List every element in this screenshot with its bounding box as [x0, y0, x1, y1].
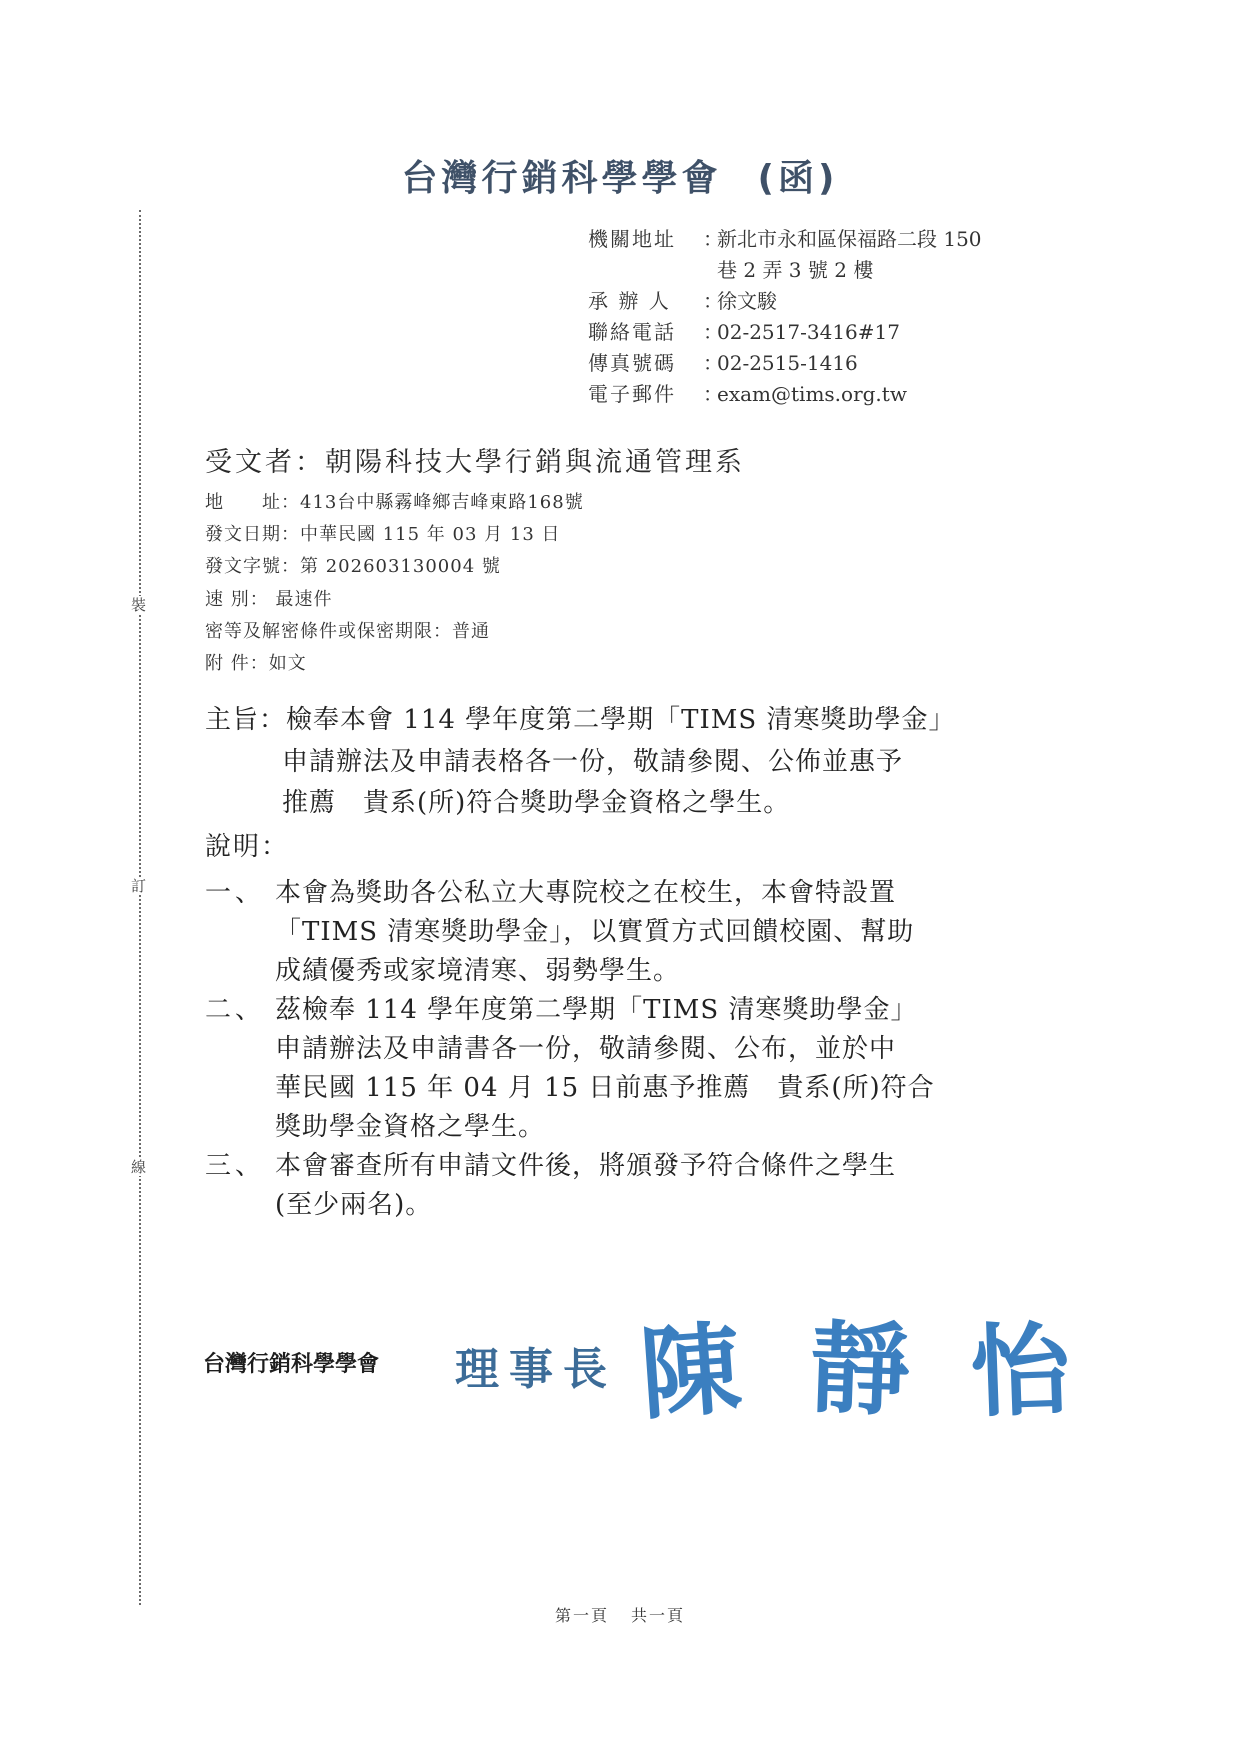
item-line: 茲檢奉 114 學年度第二學期「TIMS 清寒獎助學金」	[275, 991, 1055, 1030]
meta-address: 地 址：413台中縣霧峰鄉吉峰東路168號	[205, 487, 584, 519]
handler-label: 承 辦 人	[588, 286, 703, 317]
meta-date: 發文日期：中華民國 115 年 03 月 13 日	[205, 519, 584, 551]
item-line: (至少兩名)。	[275, 1186, 1055, 1225]
meta-confidentiality: 密等及解密條件或保密期限：普通	[205, 616, 584, 648]
separator: ：	[703, 286, 717, 317]
contact-handler-row: 承 辦 人 ： 徐文駿	[588, 286, 982, 317]
explanation-item-2: 二、 茲檢奉 114 學年度第二學期「TIMS 清寒獎助學金」 申請辦法及申請書…	[205, 991, 1055, 1147]
page-footer: 第一頁共一頁	[0, 1603, 1240, 1626]
address-label: 機關地址	[588, 224, 703, 255]
signature-char: 怡	[968, 1288, 1113, 1437]
letter-header: 台灣行銷科學學會(函)	[0, 150, 1240, 201]
binding-dotted-line	[139, 210, 141, 1605]
subject-text-1: 檢奉本會 114 學年度第二學期「TIMS 清寒獎助學金」	[286, 705, 955, 735]
meta-speed: 速 別： 最速件	[205, 584, 584, 616]
subject-line-1: 主旨：檢奉本會 114 學年度第二學期「TIMS 清寒獎助學金」	[205, 700, 955, 742]
item-line: 本會為獎助各公私立大專院校之在校生，本會特設置	[275, 874, 1055, 913]
binding-label-zhuang: 裝	[131, 596, 146, 614]
sender-contact-block: 機關地址 ： 新北市永和區保福路二段 150 巷 2 弄 3 號 2 樓 承 辦…	[588, 224, 982, 410]
binding-label-ding: 訂	[131, 877, 146, 895]
item-line: 「TIMS 清寒獎助學金」，以實質方式回饋校園、幫助	[275, 913, 1055, 952]
item-number: 一、	[205, 874, 275, 991]
recipient-line: 受文者：朝陽科技大學行銷與流通管理系	[205, 440, 745, 479]
separator: ：	[703, 224, 717, 255]
item-body: 茲檢奉 114 學年度第二學期「TIMS 清寒獎助學金」 申請辦法及申請書各一份…	[275, 991, 1055, 1147]
separator: ：	[703, 379, 717, 410]
contact-email-row: 電子郵件 ： exam@tims.org.tw	[588, 379, 982, 410]
fax-label: 傳真號碼	[588, 348, 703, 379]
item-line: 本會審查所有申請文件後，將頒發予符合條件之學生	[275, 1147, 1055, 1186]
explanation-item-1: 一、 本會為獎助各公私立大專院校之在校生，本會特設置 「TIMS 清寒獎助學金」…	[205, 874, 1055, 991]
doc-type: (函)	[758, 158, 839, 199]
explanation-heading: 說明：	[205, 826, 289, 863]
fax-value: 02-2515-1416	[717, 348, 858, 379]
item-number: 二、	[205, 991, 275, 1147]
email-label: 電子郵件	[588, 379, 703, 410]
item-line: 成績優秀或家境清寒、弱勢學生。	[275, 952, 1055, 991]
subject-line-3: 推薦 貴系(所)符合獎助學金資格之學生。	[205, 783, 955, 825]
item-line: 獎助學金資格之學生。	[275, 1108, 1055, 1147]
signature-org: 台灣行銷科學學會	[203, 1347, 379, 1378]
explanation-list: 一、 本會為獎助各公私立大專院校之在校生，本會特設置 「TIMS 清寒獎助學金」…	[205, 874, 1055, 1225]
recipient-label: 受文者：	[205, 447, 325, 478]
binding-label-xian: 線	[131, 1158, 146, 1176]
item-line: 申請辦法及申請書各一份，敬請參閱、公布，並於中	[275, 1030, 1055, 1069]
item-body: 本會為獎助各公私立大專院校之在校生，本會特設置 「TIMS 清寒獎助學金」，以實…	[275, 874, 1055, 991]
page-number: 第一頁	[555, 1606, 609, 1625]
item-body: 本會審查所有申請文件後，將頒發予符合條件之學生 (至少兩名)。	[275, 1147, 1055, 1225]
address-line-1: 新北市永和區保福路二段 150	[717, 224, 982, 255]
contact-fax-row: 傳真號碼 ： 02-2515-1416	[588, 348, 982, 379]
item-number: 三、	[205, 1147, 275, 1225]
signature-name-stamp: 陳靜怡	[640, 1290, 1110, 1434]
item-line: 華民國 115 年 04 月 15 日前惠予推薦 貴系(所)符合	[275, 1069, 1055, 1108]
phone-value: 02-2517-3416#17	[717, 317, 900, 348]
org-title: 台灣行銷科學學會	[402, 158, 722, 199]
page-total: 共一頁	[631, 1606, 685, 1625]
signature-title-stamp: 理事長	[455, 1333, 617, 1397]
subject-block: 主旨：檢奉本會 114 學年度第二學期「TIMS 清寒獎助學金」 申請辦法及申請…	[205, 700, 955, 825]
meta-attachment: 附 件：如文	[205, 648, 584, 680]
handler-name: 徐文駿	[717, 286, 777, 317]
address-line-2: 巷 2 弄 3 號 2 樓	[717, 255, 873, 286]
separator: ：	[703, 317, 717, 348]
contact-address-row-2: 巷 2 弄 3 號 2 樓	[588, 255, 982, 286]
separator: ：	[703, 348, 717, 379]
contact-address-row: 機關地址 ： 新北市永和區保福路二段 150	[588, 224, 982, 255]
signature-char: 靜	[808, 1288, 953, 1437]
email-value: exam@tims.org.tw	[717, 379, 907, 410]
meta-doc-number: 發文字號：第 202603130004 號	[205, 551, 584, 583]
document-meta: 地 址：413台中縣霧峰鄉吉峰東路168號 發文日期：中華民國 115 年 03…	[205, 487, 584, 680]
explanation-item-3: 三、 本會審查所有申請文件後，將頒發予符合條件之學生 (至少兩名)。	[205, 1147, 1055, 1225]
recipient-name: 朝陽科技大學行銷與流通管理系	[325, 447, 745, 478]
phone-label: 聯絡電話	[588, 317, 703, 348]
subject-label: 主旨：	[205, 705, 286, 735]
contact-phone-row: 聯絡電話 ： 02-2517-3416#17	[588, 317, 982, 348]
signature-char: 陳	[635, 1285, 785, 1438]
subject-line-2: 申請辦法及申請表格各一份，敬請參閱、公佈並惠予	[205, 742, 955, 784]
